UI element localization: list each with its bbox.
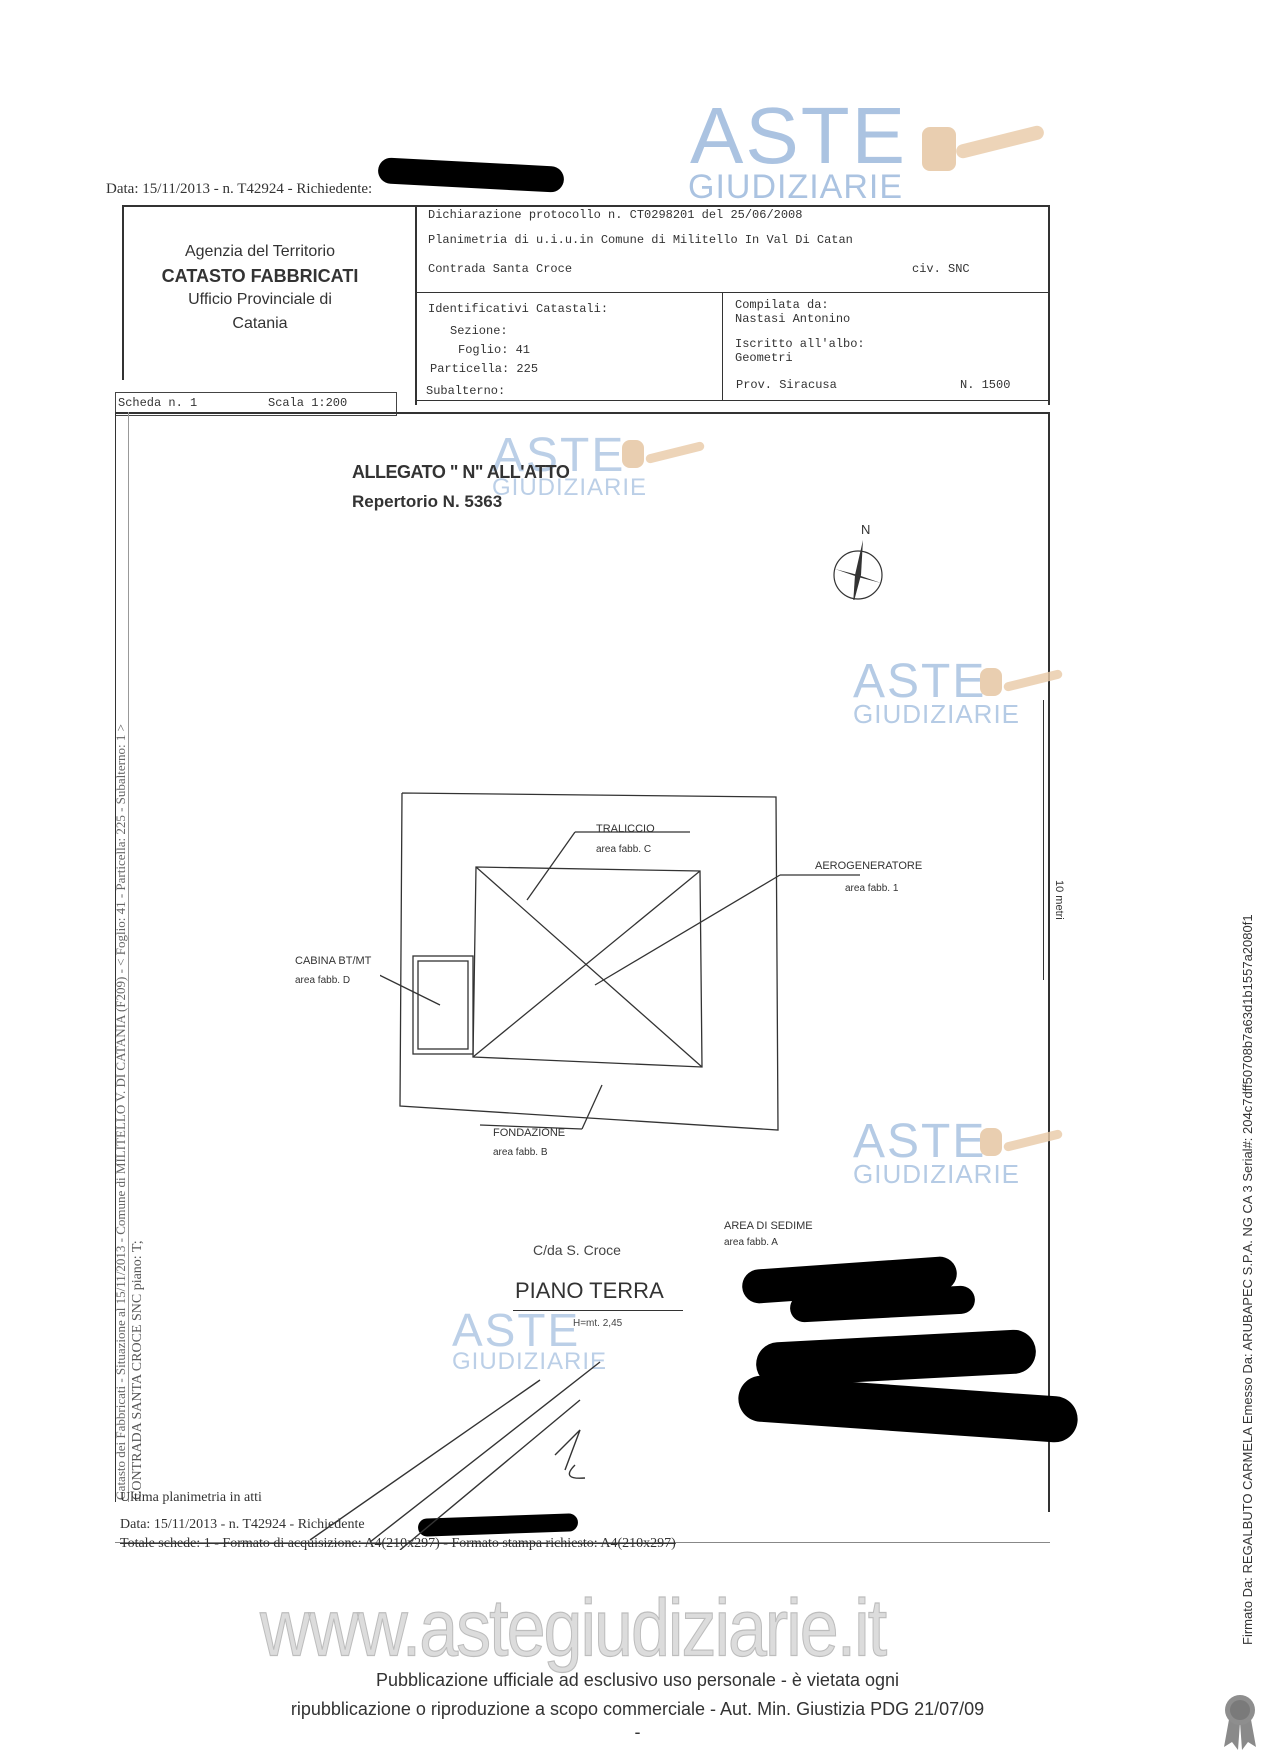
side-text-cadastre: Catasto dei Fabbricati - Situazione al 1… [113, 724, 129, 1500]
label-traliccio-area: area fabb. C [596, 844, 651, 855]
label-aerogeneratore-area: area fabb. 1 [845, 883, 898, 894]
agency-name: Agenzia del Territorio [130, 240, 390, 264]
declaration-protocol: Dichiarazione protocollo n. CT0298201 de… [428, 208, 802, 222]
agency-block: Agenzia del Territorio CATASTO FABBRICAT… [130, 240, 390, 336]
dimension-label: 10 metri [1053, 880, 1065, 920]
publication-notice-line2: ripubblicazione o riproduzione a scopo c… [0, 1699, 1275, 1720]
digital-signature-text: Firmato Da: REGALBUTO CARMELA Emesso Da:… [1240, 914, 1255, 1645]
last-planimetry: Ultima planimetria in atti [120, 1490, 262, 1506]
compiler-label: Compilata da: [735, 298, 829, 312]
address: Contrada Santa Croce [428, 262, 572, 276]
label-area-sedime: AREA DI SEDIME [724, 1220, 813, 1232]
compiler-name: Nastasi Antonino [735, 312, 850, 326]
sezione: Sezione: [450, 324, 508, 338]
floor-title: PIANO TERRA [515, 1278, 664, 1304]
label-cabina-area: area fabb. D [295, 975, 350, 986]
gavel-handle [645, 441, 705, 464]
allegato-stamp: ALLEGATO " N" ALL'ATTO [352, 462, 569, 483]
scheda-number: Scheda n. 1 [118, 396, 197, 410]
locality: C/da S. Croce [533, 1242, 621, 1258]
publication-notice-line3: - [0, 1722, 1275, 1743]
label-area-sedime-area: area fabb. A [724, 1237, 778, 1248]
office-name: Ufficio Provinciale di [130, 288, 390, 312]
identifiers-title: Identificativi Catastali: [428, 302, 608, 316]
label-cabina: CABINA BT/MT [295, 955, 371, 967]
scale: Scala 1:200 [268, 396, 347, 410]
planimetry-description: Planimetria di u.i.u.in Comune di Milite… [428, 233, 853, 247]
office-city: Catania [130, 312, 390, 336]
albo-label: Iscritto all'albo: [735, 337, 865, 351]
watermark-aste: ASTE GIUDIZIARIE [690, 100, 907, 203]
repertorio-stamp: Repertorio N. 5363 [352, 492, 502, 512]
award-ribbon-icon [1220, 1692, 1260, 1752]
redaction-mark [737, 1374, 1079, 1444]
subalterno: Subalterno: [426, 384, 505, 398]
north-arrow-icon: N [825, 520, 895, 600]
svg-text:N: N [861, 522, 870, 537]
publication-notice-line1: Pubblicazione ufficiale ad esclusivo uso… [0, 1670, 1275, 1691]
province: Prov. Siracusa [736, 378, 837, 392]
redaction-mark [377, 157, 564, 193]
gavel-handle [955, 124, 1046, 159]
civic-number: civ. SNC [912, 262, 970, 276]
label-traliccio: TRALICCIO [596, 823, 655, 835]
gavel-icon [980, 668, 1002, 696]
label-fondazione: FONDAZIONE [493, 1127, 565, 1139]
footer-date-line: Data: 15/11/2013 - n. T42924 - Richieden… [120, 1517, 365, 1533]
label-aerogeneratore: AEROGENERATORE [815, 860, 922, 872]
gavel-icon [622, 440, 644, 468]
footer-format-line: Totale schede: 1 - Formato di acquisizio… [120, 1536, 676, 1552]
gavel-icon [980, 1128, 1002, 1156]
gavel-icon [922, 127, 956, 171]
watermark-site: www.astegiudiziarie.it [260, 1582, 885, 1674]
albo-value: Geometri [735, 351, 793, 365]
foglio: Foglio: 41 [458, 343, 530, 357]
label-fondazione-area: area fabb. B [493, 1147, 547, 1158]
side-text-address: CONTRADA SANTA CROCE SNC piano: T; [130, 1240, 146, 1500]
albo-number: N. 1500 [960, 378, 1010, 392]
particella: Particella: 225 [430, 362, 538, 376]
registry-name: CATASTO FABBRICATI [130, 264, 390, 288]
floor-height: H=mt. 2,45 [573, 1318, 622, 1329]
header-date-line: Data: 15/11/2013 - n. T42924 - Richieden… [106, 181, 372, 198]
